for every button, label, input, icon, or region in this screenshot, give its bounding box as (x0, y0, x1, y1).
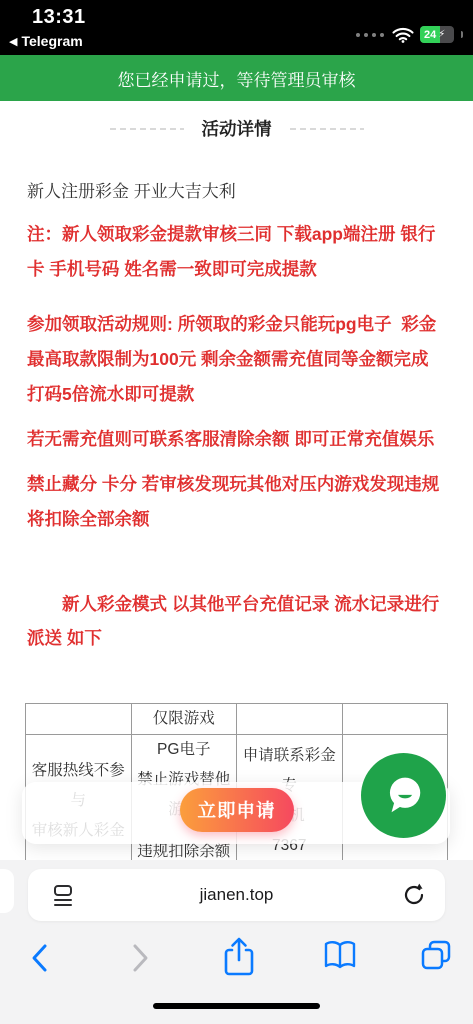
bookmarks-icon[interactable] (322, 939, 358, 974)
clock: 13:31 (32, 6, 86, 29)
iphone-screen: 13:31 ◀ Telegram 24 ⚡ 您已经申请过，等待管理员审核 (0, 0, 473, 1024)
back-button[interactable] (26, 942, 54, 977)
safari-toolbar (0, 930, 473, 990)
table-cell (237, 704, 343, 735)
mode-note-text: 新人彩金模式 以其他平台充值记录 流水记录进行派送 如下 (27, 587, 446, 655)
page-title: 活动详情 (202, 116, 272, 141)
share-icon[interactable] (222, 936, 256, 981)
battery-percent: 24 (424, 29, 436, 41)
table-cell (26, 704, 132, 735)
cell-line: PG电子 (134, 735, 235, 765)
back-to-telegram-link[interactable]: ◀ Telegram (9, 33, 83, 49)
applied-status-banner: 您已经申请过，等待管理员审核 (0, 55, 473, 101)
note-text: 注：新人领取彩金提款审核三同 下载app端注册 银行卡 手机号码 姓名需一致即可… (27, 217, 446, 287)
rule-text-1: 参加领取活动规则: 所领取的彩金只能玩pg电子 彩金最高取款限制为100元 剩余… (27, 307, 446, 412)
apply-now-button[interactable]: 立即申请 (180, 788, 294, 832)
back-app-label: Telegram (21, 33, 82, 49)
activity-details-header: 活动详情 (0, 101, 473, 141)
url-text: jianen.top (28, 885, 445, 905)
chat-bubble-icon (378, 770, 430, 822)
intro-text: 新人注册彩金 开业大吉大利 (27, 177, 446, 202)
banner-text: 您已经申请过，等待管理员审核 (118, 66, 356, 91)
battery-icon: 24 ⚡ (420, 26, 454, 43)
cellular-signal-icon (356, 33, 384, 37)
battery-cap (461, 31, 463, 38)
customer-service-chat-button[interactable] (361, 753, 446, 838)
wifi-icon (392, 27, 414, 43)
safari-bottom-chrome: jianen.top (0, 860, 473, 1024)
right-dashes (290, 128, 364, 130)
back-triangle-icon: ◀ (9, 35, 17, 48)
address-bar[interactable]: jianen.top (28, 869, 445, 921)
table-row: 仅限游戏 (26, 704, 448, 735)
table-cell (342, 704, 448, 735)
status-bar: 13:31 ◀ Telegram 24 ⚡ (0, 0, 473, 55)
reload-icon[interactable] (401, 882, 427, 908)
left-dashes (110, 128, 184, 130)
home-indicator[interactable] (153, 1003, 320, 1009)
charging-bolt-icon: ⚡ (438, 29, 445, 40)
table-cell: 仅限游戏 (131, 704, 237, 735)
forward-button[interactable] (126, 942, 154, 977)
rule-text-2: 若无需充值则可联系客服清除余额 即可正常充值娱乐 (27, 422, 446, 457)
tabs-icon[interactable] (419, 939, 453, 974)
status-icons: 24 ⚡ (356, 26, 463, 43)
adjacent-tab-edge[interactable] (0, 869, 14, 913)
spacer (0, 537, 473, 587)
rule-text-3: 禁止藏分 卡分 若审核发现玩其他对压内游戏发现违规将扣除全部余额 (27, 467, 446, 537)
